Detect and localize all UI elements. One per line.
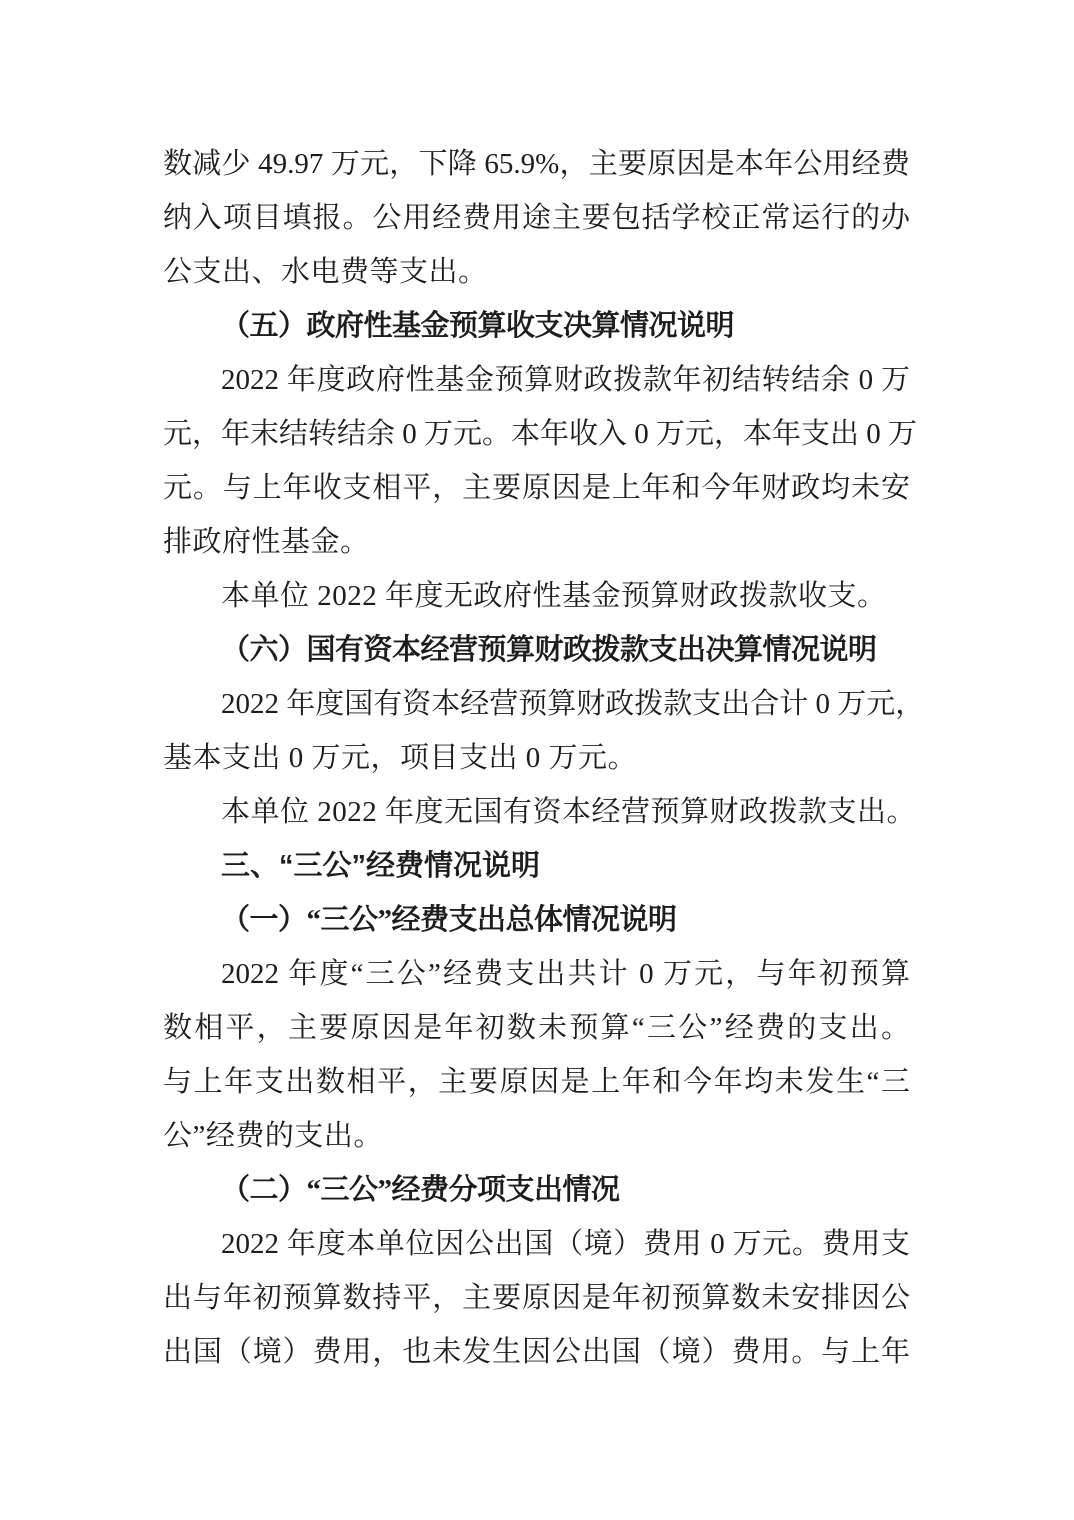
paragraph-line: 2022 年度国有资本经营预算财政拨款支出合计 0 万元，	[163, 677, 910, 731]
paragraph-line: 元。与上年收支相平，主要原因是上年和今年财政均未安	[163, 461, 910, 515]
paragraph-line: 排政府性基金。	[163, 515, 910, 569]
paragraph-line: 出国（境）费用，也未发生因公出国（境）费用。与上年	[163, 1325, 910, 1379]
paragraph-line: 公”经费的支出。	[163, 1109, 910, 1163]
paragraph-line: 2022 年度“三公”经费支出共计 0 万元，与年初预算	[163, 947, 910, 1001]
paragraph-line: 纳入项目填报。公用经费用途主要包括学校正常运行的办	[163, 191, 910, 245]
document-content: 数减少 49.97 万元，下降 65.9%，主要原因是本年公用经费 纳入项目填报…	[163, 137, 910, 1379]
paragraph-line: 本单位 2022 年度无政府性基金预算财政拨款收支。	[163, 569, 910, 623]
paragraph-line: 2022 年度本单位因公出国（境）费用 0 万元。费用支	[163, 1217, 910, 1271]
paragraph-line: 数相平，主要原因是年初数未预算“三公”经费的支出。	[163, 1001, 910, 1055]
heading-subsection-one: （一）“三公”经费支出总体情况说明	[163, 893, 910, 947]
heading-subsection-two: （二）“三公”经费分项支出情况	[163, 1163, 910, 1217]
heading-section-five: （五）政府性基金预算收支决算情况说明	[163, 299, 910, 353]
heading-section-six: （六）国有资本经营预算财政拨款支出决算情况说明	[163, 623, 910, 677]
paragraph-line: 数减少 49.97 万元，下降 65.9%，主要原因是本年公用经费	[163, 137, 910, 191]
paragraph-line: 本单位 2022 年度无国有资本经营预算财政拨款支出。	[163, 785, 910, 839]
heading-chapter-three: 三、“三公”经费情况说明	[163, 839, 910, 893]
paragraph-line: 与上年支出数相平，主要原因是上年和今年均未发生“三	[163, 1055, 910, 1109]
document-page: 数减少 49.97 万元，下降 65.9%，主要原因是本年公用经费 纳入项目填报…	[0, 0, 1074, 1520]
paragraph-line: 基本支出 0 万元，项目支出 0 万元。	[163, 731, 910, 785]
paragraph-line: 元，年末结转结余 0 万元。本年收入 0 万元，本年支出 0 万	[163, 407, 910, 461]
paragraph-line: 出与年初预算数持平，主要原因是年初预算数未安排因公	[163, 1271, 910, 1325]
paragraph-line: 公支出、水电费等支出。	[163, 245, 910, 299]
paragraph-line: 2022 年度政府性基金预算财政拨款年初结转结余 0 万	[163, 353, 910, 407]
